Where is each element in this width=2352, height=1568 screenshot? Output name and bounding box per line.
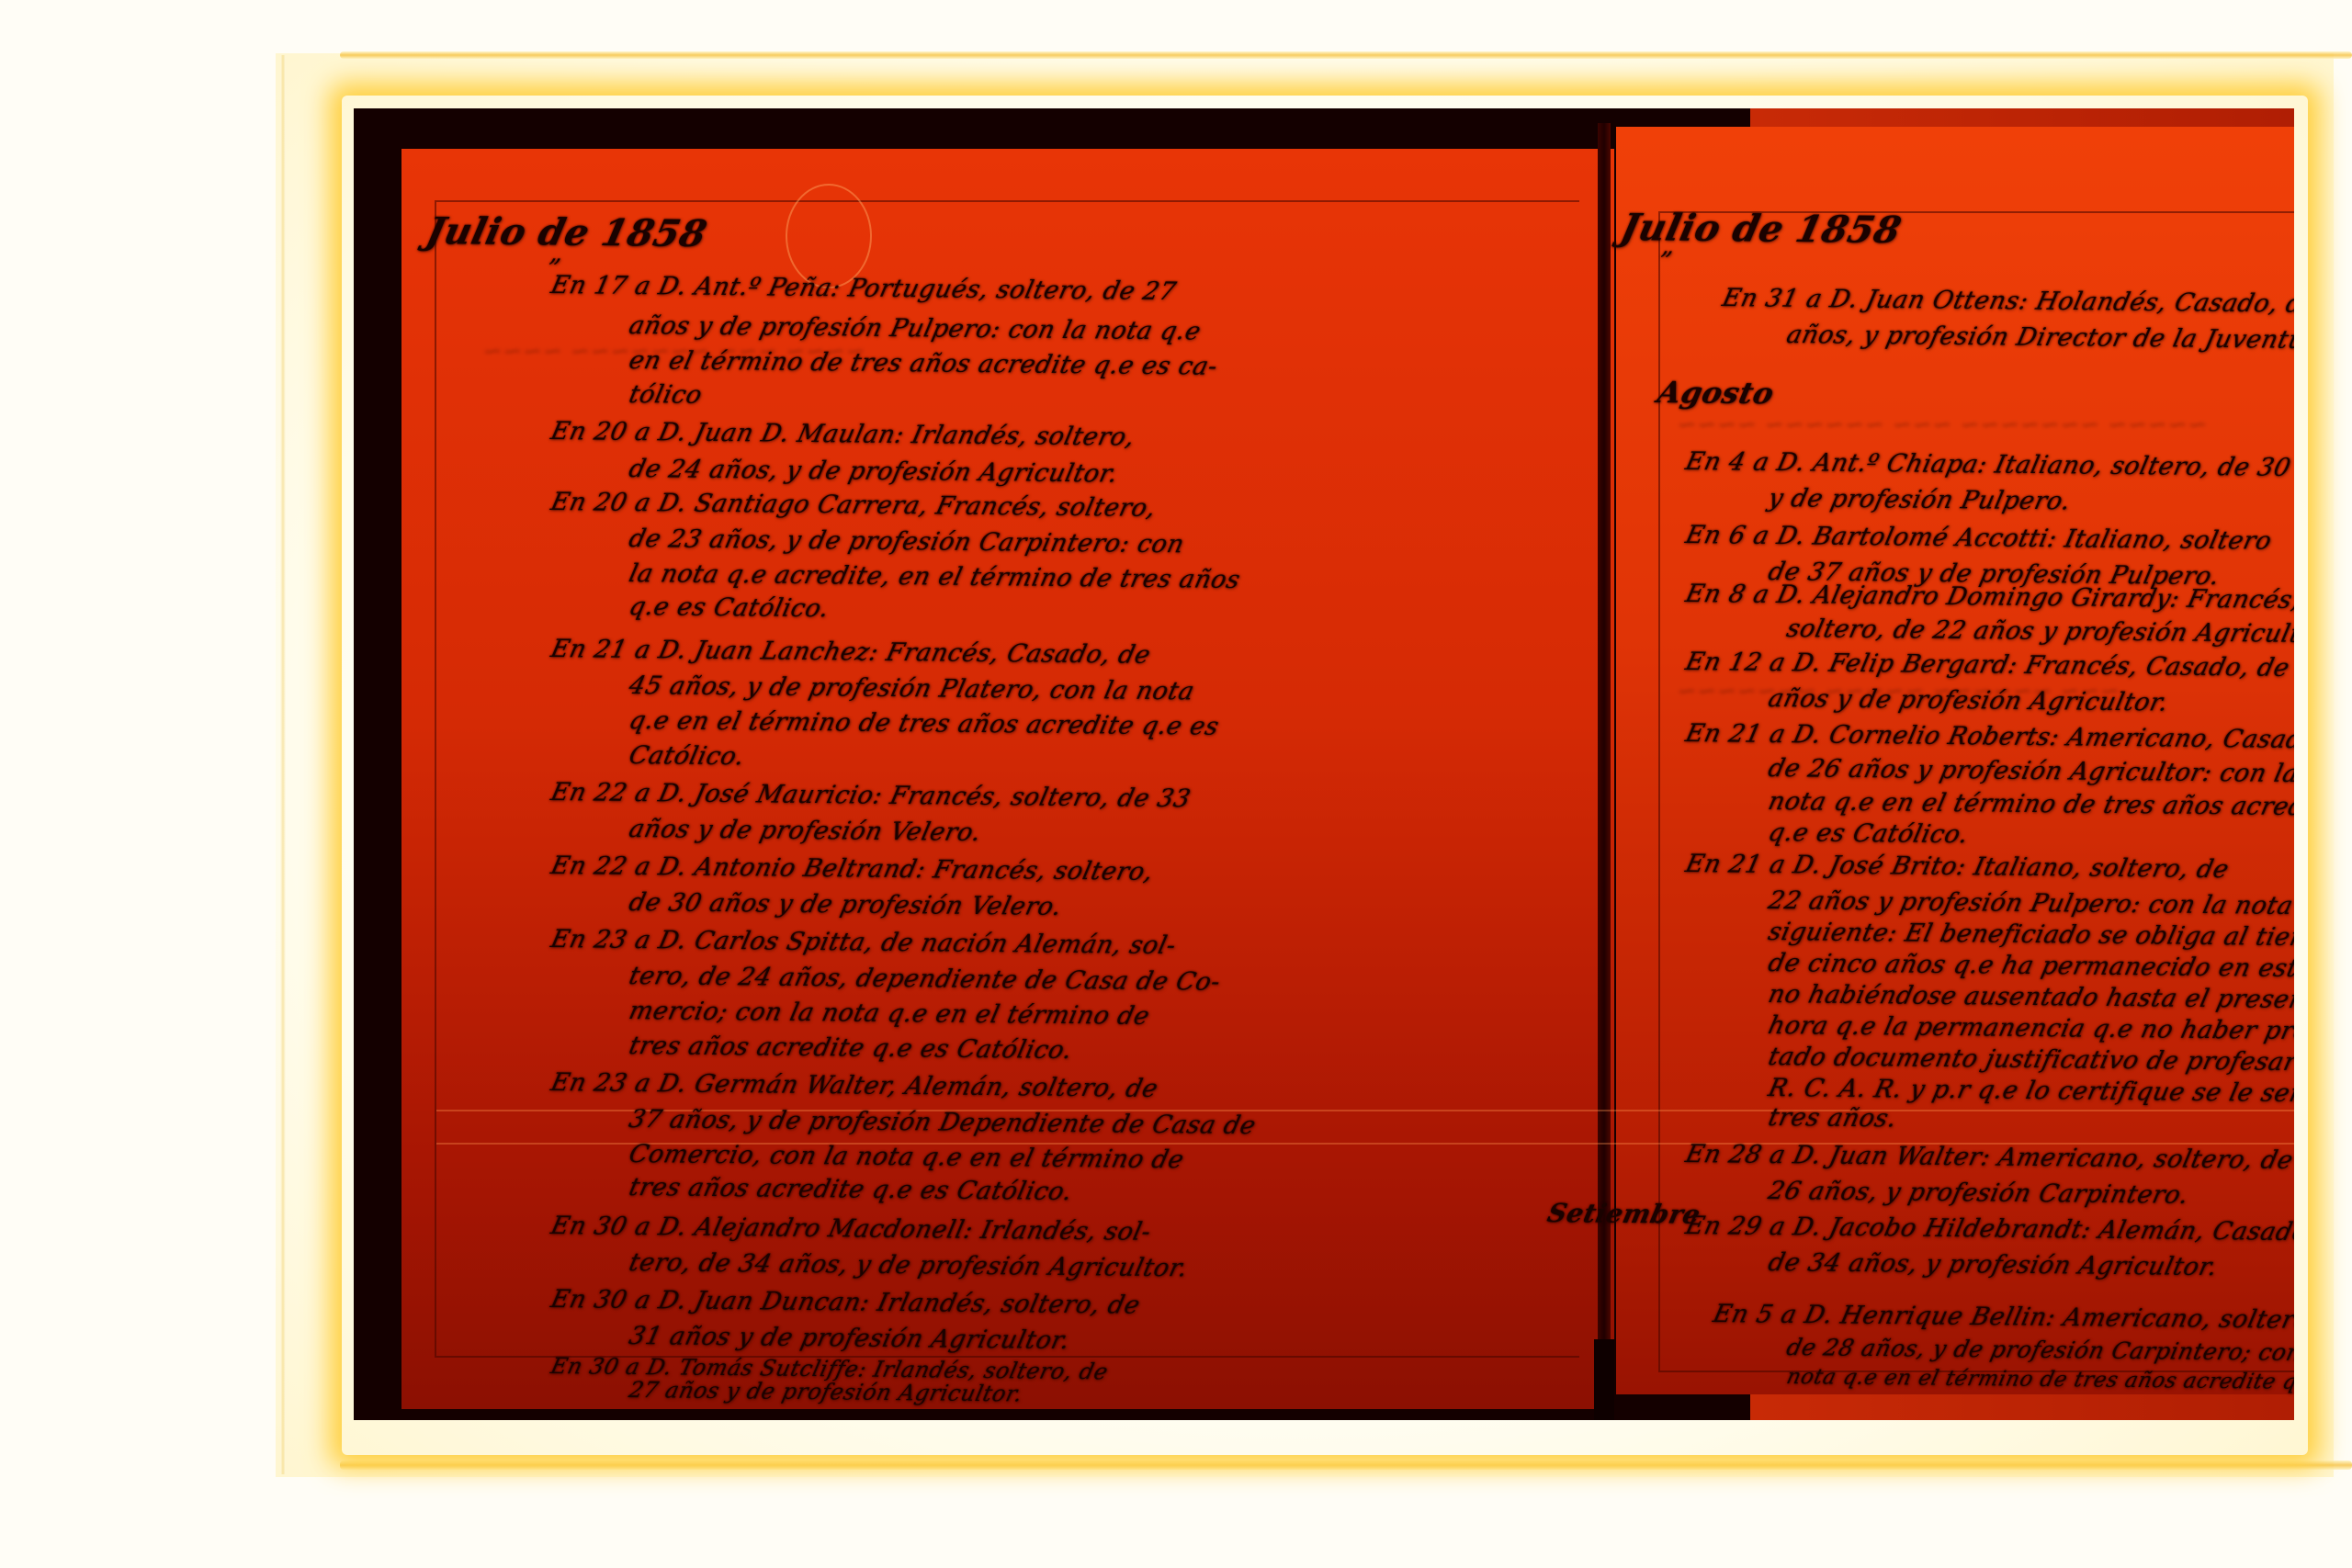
right-page-heading: Julio de 1858	[1617, 206, 1905, 252]
entry-line: En 29 a D. Jacobo Hildebrandt: Alemán, C…	[1682, 1211, 2294, 1248]
entry-line: q.e es Católico.	[1765, 818, 1972, 851]
entry-line: Comercio, con la nota q.e en el término …	[626, 1139, 1187, 1176]
entry-line: de 30 años y de profesión Velero.	[626, 887, 1065, 923]
entry-line: En 6 a D. Bartolomé Accotti: Italiano, s…	[1682, 520, 2275, 558]
entry-line: En 28 a D. Juan Walter: Americano, solte…	[1682, 1139, 2294, 1177]
film-edge-left	[280, 55, 286, 1474]
manuscript-scan: ~~~~ ~~~ ~~~~~~~ ~~~~ ~~~~~ ~~~~~~~ ~~~ …	[354, 108, 2294, 1420]
entry-line: En 23 a D. Germán Walter, Alemán, solter…	[548, 1067, 1160, 1105]
entry-line: En 21 a D. Juan Lanchez: Francés, Casado…	[548, 634, 1153, 671]
entry-line: de 23 años, y de profesión Carpintero: c…	[626, 524, 1187, 560]
entry-line: años y de profesión Agricultor.	[1765, 683, 2171, 719]
entry-line: 45 años, y de profesión Platero, con la …	[626, 671, 1197, 707]
entry-line: En 21 a D. José Brito: Italiano, soltero…	[1682, 849, 2232, 886]
entry-line: y de profesión Pulpero.	[1765, 483, 2074, 517]
entry-line: En 30 a D. Juan Duncan: Irlandés, solter…	[548, 1284, 1143, 1322]
entry-line: tres años.	[1765, 1102, 1900, 1134]
entry-line: tero, de 24 años, dependiente de Casa de…	[626, 961, 1223, 998]
entry-line: tólico	[626, 379, 705, 412]
film-edge-top	[340, 51, 2352, 59]
film-edge-bottom	[340, 1461, 2352, 1470]
entry-line: años y de profesión Pulpero: con la nota…	[626, 310, 1204, 348]
entry-line: la nota q.e acredite, en el término de t…	[626, 558, 1243, 596]
entry-line: En 23 a D. Carlos Spitta, de nación Alem…	[548, 924, 1179, 962]
entry-line: en el término de tres años acredite q.e …	[626, 345, 1220, 383]
entry-line: tres años acredite q.e es Católico.	[626, 1031, 1075, 1066]
entry-line: En 8 a D. Alejandro Domingo Girardy: Fra…	[1682, 579, 2294, 616]
section-heading-agosto: Agosto	[1655, 375, 1778, 411]
entry-line: 26 años, y profesión Carpintero.	[1765, 1176, 2191, 1212]
entry-line: tres años acredite q.e es Católico.	[626, 1172, 1075, 1208]
entry-line: de 24 años, y de profesión Agricultor.	[626, 454, 1121, 491]
bleed-through-text: ~~~~~ ~~~~~~~ ~~~ ~~~~~~ ~~~~	[1673, 412, 2211, 439]
entry-line: En 17 a D. Ant.º Peña: Portugués, solter…	[548, 270, 1179, 308]
entry-line: En 20 a D. Santiago Carrera, Francés, so…	[548, 487, 1159, 525]
entry-line: 37 años, y de profesión Dependiente de C…	[626, 1104, 1259, 1142]
entry-line: En 22 a D. José Mauricio: Francés, solte…	[548, 777, 1193, 815]
entry-line: de 26 años y profesión Agricultor: con l…	[1765, 753, 2294, 790]
entry-line: En 22 a D. Antonio Beltrand: Francés, so…	[548, 851, 1156, 888]
entry-line: Católico.	[626, 740, 747, 773]
entry-line: soltero, de 22 años y profesión Agricult…	[1783, 614, 2294, 650]
entry-line: tero, de 34 años, y de profesión Agricul…	[626, 1247, 1191, 1284]
section-heading-setiembre: Setiembre	[1544, 1198, 1703, 1230]
entry-line: años, y profesión Director de la Juventu…	[1783, 320, 2294, 356]
entry-line: En 30 a D. Alejandro Macdonell: Irlandés…	[548, 1211, 1154, 1248]
entry-line: q.e en el término de tres años acredite …	[626, 705, 1222, 743]
entry-line: años y de profesión Velero.	[626, 814, 984, 849]
entry-line: En 20 a D. Juan D. Maulan: Irlandés, sol…	[548, 416, 1137, 454]
left-page-heading: Julio de 1858	[423, 209, 711, 255]
entry-line: de 34 años, y profesión Agricultor.	[1765, 1247, 2221, 1283]
entry-line: mercio; con la nota q.e en el término de	[626, 996, 1152, 1032]
entry-line: q.e es Católico.	[626, 592, 832, 625]
book-gutter-foot	[1594, 1339, 1614, 1420]
entry-line: En 5 a D. Henrique Bellin: Americano, so…	[1710, 1299, 2294, 1337]
